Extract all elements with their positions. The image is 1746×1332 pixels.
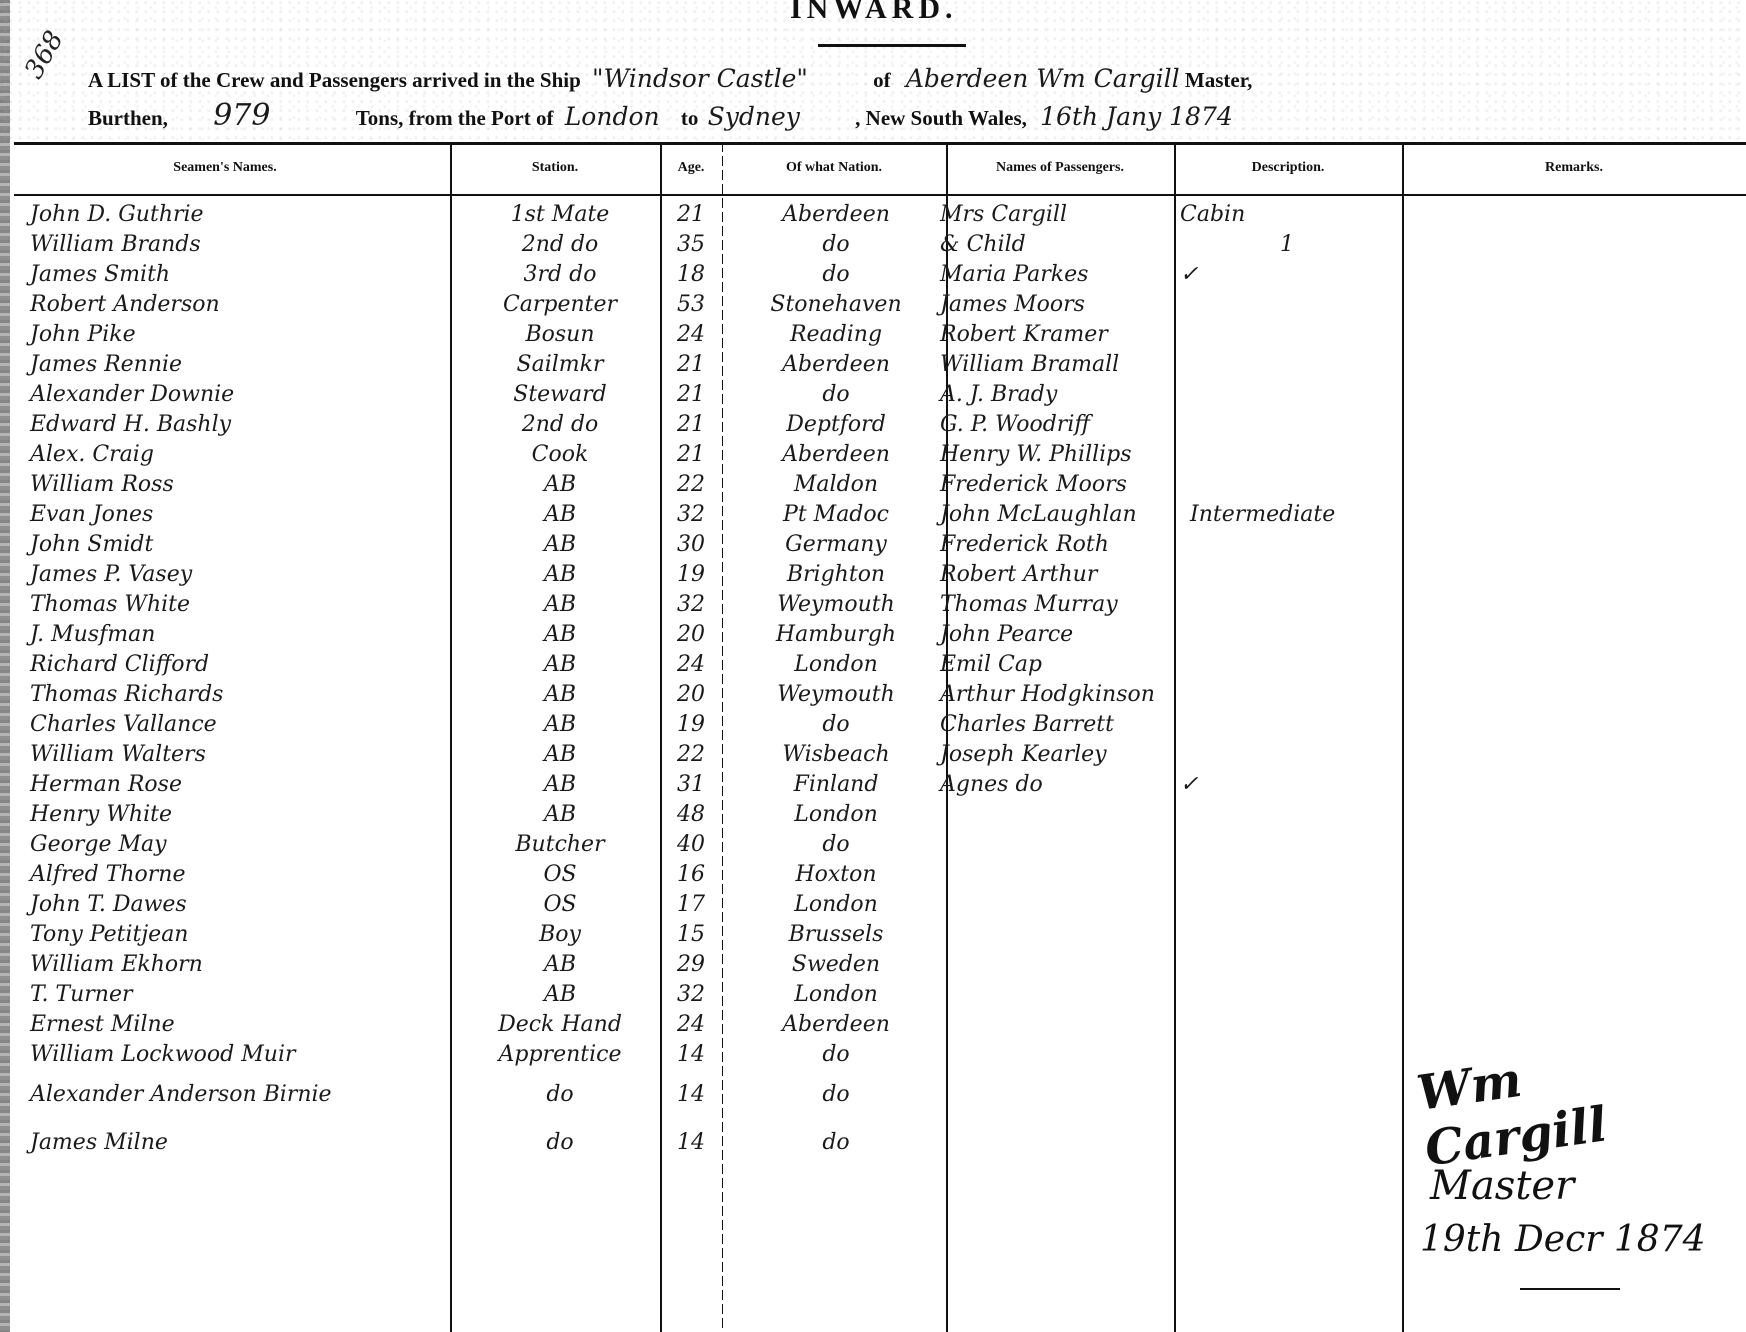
passenger-name: Charles Barrett <box>940 712 1180 737</box>
nation: do <box>724 1130 948 1155</box>
col-passengers: Names of Passengers. <box>948 160 1172 176</box>
ship-name: "Windsor Castle" <box>592 64 808 93</box>
nation: Brighton <box>724 562 948 587</box>
passenger-name: Joseph Kearley <box>940 742 1180 767</box>
seaman-name: Evan Jones <box>30 502 450 527</box>
table-row: Herman RoseAB31FinlandAgnes do✓ <box>0 772 1746 802</box>
station: Carpenter <box>460 292 660 317</box>
nation: London <box>724 802 948 827</box>
seaman-name: William Brands <box>30 232 450 257</box>
table-row: Alfred ThorneOS16Hoxton <box>0 862 1746 892</box>
passenger-name: Henry W. Phillips <box>940 442 1180 467</box>
nation: Wisbeach <box>724 742 948 767</box>
station: Deck Hand <box>460 1012 660 1037</box>
table-row: James Smith3rd do18doMaria Parkes✓ <box>0 262 1746 292</box>
seaman-name: Alexander Anderson Birnie <box>30 1082 450 1107</box>
station: AB <box>460 952 660 977</box>
table-row: Tony PetitjeanBoy15Brussels <box>0 922 1746 952</box>
station: AB <box>460 802 660 827</box>
seaman-name: Alexander Downie <box>30 382 450 407</box>
nation: Stonehaven <box>724 292 948 317</box>
age: 22 <box>662 472 720 497</box>
title-line-2: Burthen, 979 Tons, from the Port of Lond… <box>88 98 1233 133</box>
age: 15 <box>662 922 720 947</box>
table-row: James RennieSailmkr21AberdeenWilliam Bra… <box>0 352 1746 382</box>
nation: London <box>724 982 948 1007</box>
station: AB <box>460 712 660 737</box>
seaman-name: Tony Petitjean <box>30 922 450 947</box>
table-row: Alexander DownieSteward21doA. J. Brady <box>0 382 1746 412</box>
passenger-name: Robert Kramer <box>940 322 1180 347</box>
age: 22 <box>662 742 720 767</box>
table-row: John D. Guthrie1st Mate21AberdeenMrs Car… <box>0 202 1746 232</box>
description: ✓ <box>1180 262 1390 287</box>
col-seamen-names: Seamen's Names. <box>60 160 390 176</box>
passenger-name: G. P. Woodriff <box>940 412 1180 437</box>
age: 21 <box>662 202 720 227</box>
age: 21 <box>662 352 720 377</box>
header-top-rule <box>14 142 1746 145</box>
age: 21 <box>662 382 720 407</box>
page-heading: INWARD. <box>790 0 958 26</box>
station: AB <box>460 502 660 527</box>
age: 21 <box>662 442 720 467</box>
table-row: Evan JonesAB32Pt MadocJohn McLaughlanInt… <box>0 502 1746 532</box>
station: AB <box>460 592 660 617</box>
station: Cook <box>460 442 660 467</box>
table-row: James P. VaseyAB19BrightonRobert Arthur <box>0 562 1746 592</box>
age: 20 <box>662 682 720 707</box>
passenger-name: Agnes do <box>940 772 1180 797</box>
table-row: J. MusfmanAB20HamburghJohn Pearce <box>0 622 1746 652</box>
description: ✓ <box>1180 772 1390 797</box>
nation: Sweden <box>724 952 948 977</box>
passenger-name: & Child <box>940 232 1180 257</box>
to-label: to <box>681 106 699 130</box>
seaman-name: James Milne <box>30 1130 450 1155</box>
table-row: William RossAB22MaldonFrederick Moors <box>0 472 1746 502</box>
station: OS <box>460 862 660 887</box>
age: 19 <box>662 712 720 737</box>
seaman-name: George May <box>30 832 450 857</box>
nation: do <box>724 382 948 407</box>
description: Cabin <box>1180 202 1390 227</box>
table-row: Henry WhiteAB48London <box>0 802 1746 832</box>
arrival-date: 16th Jany 1874 <box>1040 102 1233 131</box>
nation: Pt Madoc <box>724 502 948 527</box>
table-row: William EkhornAB29Sweden <box>0 952 1746 982</box>
nation: do <box>724 832 948 857</box>
table-row: Alex. CraigCook21AberdeenHenry W. Philli… <box>0 442 1746 472</box>
station: AB <box>460 652 660 677</box>
age: 16 <box>662 862 720 887</box>
nation: Hoxton <box>724 862 948 887</box>
station: AB <box>460 682 660 707</box>
age: 48 <box>662 802 720 827</box>
station: Butcher <box>460 832 660 857</box>
station: AB <box>460 532 660 557</box>
seaman-name: Alfred Thorne <box>30 862 450 887</box>
nation: Aberdeen <box>724 442 948 467</box>
station: Bosun <box>460 322 660 347</box>
age: 35 <box>662 232 720 257</box>
age: 32 <box>662 982 720 1007</box>
seaman-name: T. Turner <box>30 982 450 1007</box>
nation: Finland <box>724 772 948 797</box>
master-signature-block: Wm Cargill Master 19th Decr 1874 <box>1420 1045 1720 1260</box>
table-row: Thomas WhiteAB32WeymouthThomas Murray <box>0 592 1746 622</box>
nation: Aberdeen <box>724 1012 948 1037</box>
seaman-name: Edward H. Bashly <box>30 412 450 437</box>
passenger-name: Maria Parkes <box>940 262 1180 287</box>
age: 29 <box>662 952 720 977</box>
age: 20 <box>662 622 720 647</box>
tons-label: Tons, from the Port of <box>356 106 554 130</box>
nation: Hamburgh <box>724 622 948 647</box>
signature-underline <box>1520 1288 1620 1290</box>
nsw-label: , New South Wales, <box>855 106 1027 130</box>
of-label: of <box>873 68 891 92</box>
seaman-name: James Smith <box>30 262 450 287</box>
age: 30 <box>662 532 720 557</box>
station: Sailmkr <box>460 352 660 377</box>
seaman-name: William Lockwood Muir <box>30 1042 450 1067</box>
age: 17 <box>662 892 720 917</box>
manifest-page: 368 INWARD. A LIST of the Crew and Passe… <box>0 0 1746 1332</box>
col-remarks: Remarks. <box>1404 160 1744 176</box>
age: 53 <box>662 292 720 317</box>
age: 24 <box>662 652 720 677</box>
table-row: John SmidtAB30GermanyFrederick Roth <box>0 532 1746 562</box>
passenger-name: Thomas Murray <box>940 592 1180 617</box>
table-row: Edward H. Bashly2nd do21DeptfordG. P. Wo… <box>0 412 1746 442</box>
seaman-name: Robert Anderson <box>30 292 450 317</box>
description: 1 <box>1280 232 1490 257</box>
age: 24 <box>662 1012 720 1037</box>
from-port: London <box>565 102 660 131</box>
age: 40 <box>662 832 720 857</box>
passenger-name: Arthur Hodgkinson <box>940 682 1180 707</box>
nation: Aberdeen <box>724 352 948 377</box>
station: 3rd do <box>460 262 660 287</box>
station: 2nd do <box>460 412 660 437</box>
nation: Deptford <box>724 412 948 437</box>
title-prefix: A LIST of the Crew and Passengers arrive… <box>88 68 581 92</box>
age: 19 <box>662 562 720 587</box>
age: 21 <box>662 412 720 437</box>
station: do <box>460 1130 660 1155</box>
station: Boy <box>460 922 660 947</box>
seaman-name: Thomas White <box>30 592 450 617</box>
seaman-name: James Rennie <box>30 352 450 377</box>
burthen-label: Burthen, <box>88 106 168 130</box>
nation: Germany <box>724 532 948 557</box>
station: 1st Mate <box>460 202 660 227</box>
nation: Brussels <box>724 922 948 947</box>
seaman-name: Herman Rose <box>30 772 450 797</box>
seaman-name: John D. Guthrie <box>30 202 450 227</box>
nation: London <box>724 892 948 917</box>
passenger-name: Mrs Cargill <box>940 202 1180 227</box>
nation: do <box>724 712 948 737</box>
table-row: Charles VallanceAB19doCharles Barrett <box>0 712 1746 742</box>
burthen-value: 979 <box>213 98 270 133</box>
nation: do <box>724 262 948 287</box>
seaman-name: William Ross <box>30 472 450 497</box>
seaman-name: James P. Vasey <box>30 562 450 587</box>
nation: London <box>724 652 948 677</box>
age: 18 <box>662 262 720 287</box>
table-row: Richard CliffordAB24LondonEmil Cap <box>0 652 1746 682</box>
station: AB <box>460 742 660 767</box>
table-row: Robert AndersonCarpenter53StonehavenJame… <box>0 292 1746 322</box>
station: OS <box>460 892 660 917</box>
col-station: Station. <box>452 160 658 176</box>
age: 14 <box>662 1130 720 1155</box>
passenger-name: Emil Cap <box>940 652 1180 677</box>
master-label: Master, <box>1185 68 1252 92</box>
age: 24 <box>662 322 720 347</box>
passenger-name: John Pearce <box>940 622 1180 647</box>
age: 31 <box>662 772 720 797</box>
signature-name: Wm Cargill <box>1414 1025 1727 1178</box>
seaman-name: John Pike <box>30 322 450 347</box>
header-bottom-rule <box>14 194 1746 196</box>
home-port-master: Aberdeen Wm Cargill <box>906 64 1180 93</box>
station: AB <box>460 562 660 587</box>
table-row: T. TurnerAB32London <box>0 982 1746 1012</box>
station: AB <box>460 622 660 647</box>
seaman-name: Alex. Craig <box>30 442 450 467</box>
station: AB <box>460 472 660 497</box>
nation: Maldon <box>724 472 948 497</box>
nation: do <box>724 232 948 257</box>
col-nation: Of what Nation. <box>724 160 944 176</box>
nation: Reading <box>724 322 948 347</box>
seaman-name: William Ekhorn <box>30 952 450 977</box>
seaman-name: Ernest Milne <box>30 1012 450 1037</box>
age: 32 <box>662 592 720 617</box>
table-row: John PikeBosun24ReadingRobert Kramer <box>0 322 1746 352</box>
seaman-name: William Walters <box>30 742 450 767</box>
passenger-name: Frederick Roth <box>940 532 1180 557</box>
station: Apprentice <box>460 1042 660 1067</box>
col-age: Age. <box>662 160 720 176</box>
heading-underline <box>818 44 966 47</box>
title-line-1: A LIST of the Crew and Passengers arrive… <box>88 64 1252 93</box>
seaman-name: J. Musfman <box>30 622 450 647</box>
passenger-name: John McLaughlan <box>940 502 1180 527</box>
seaman-name: John Smidt <box>30 532 450 557</box>
nation: do <box>724 1042 948 1067</box>
table-row: William WaltersAB22WisbeachJoseph Kearle… <box>0 742 1746 772</box>
age: 14 <box>662 1042 720 1067</box>
table-row: Thomas RichardsAB20WeymouthArthur Hodgki… <box>0 682 1746 712</box>
passenger-name: Robert Arthur <box>940 562 1180 587</box>
description: Intermediate <box>1190 502 1400 527</box>
seaman-name: Richard Clifford <box>30 652 450 677</box>
station: 2nd do <box>460 232 660 257</box>
station: Steward <box>460 382 660 407</box>
station: AB <box>460 982 660 1007</box>
station: AB <box>460 772 660 797</box>
seaman-name: Henry White <box>30 802 450 827</box>
to-port: Sydney <box>708 102 800 131</box>
nation: Aberdeen <box>724 202 948 227</box>
table-row: John T. DawesOS17London <box>0 892 1746 922</box>
age: 32 <box>662 502 720 527</box>
age: 14 <box>662 1082 720 1107</box>
passenger-name: A. J. Brady <box>940 382 1180 407</box>
nation: Weymouth <box>724 592 948 617</box>
passenger-name: James Moors <box>940 292 1180 317</box>
table-row: William Brands2nd do35do& Child1 <box>0 232 1746 262</box>
signature-date: 19th Decr 1874 <box>1420 1219 1720 1260</box>
passenger-name: William Bramall <box>940 352 1180 377</box>
seaman-name: Thomas Richards <box>30 682 450 707</box>
station: do <box>460 1082 660 1107</box>
col-description: Description. <box>1176 160 1400 176</box>
passenger-name: Frederick Moors <box>940 472 1180 497</box>
nation: Weymouth <box>724 682 948 707</box>
table-row: George MayButcher40do <box>0 832 1746 862</box>
seaman-name: John T. Dawes <box>30 892 450 917</box>
seaman-name: Charles Vallance <box>30 712 450 737</box>
nation: do <box>724 1082 948 1107</box>
table-row: Ernest MilneDeck Hand24Aberdeen <box>0 1012 1746 1042</box>
